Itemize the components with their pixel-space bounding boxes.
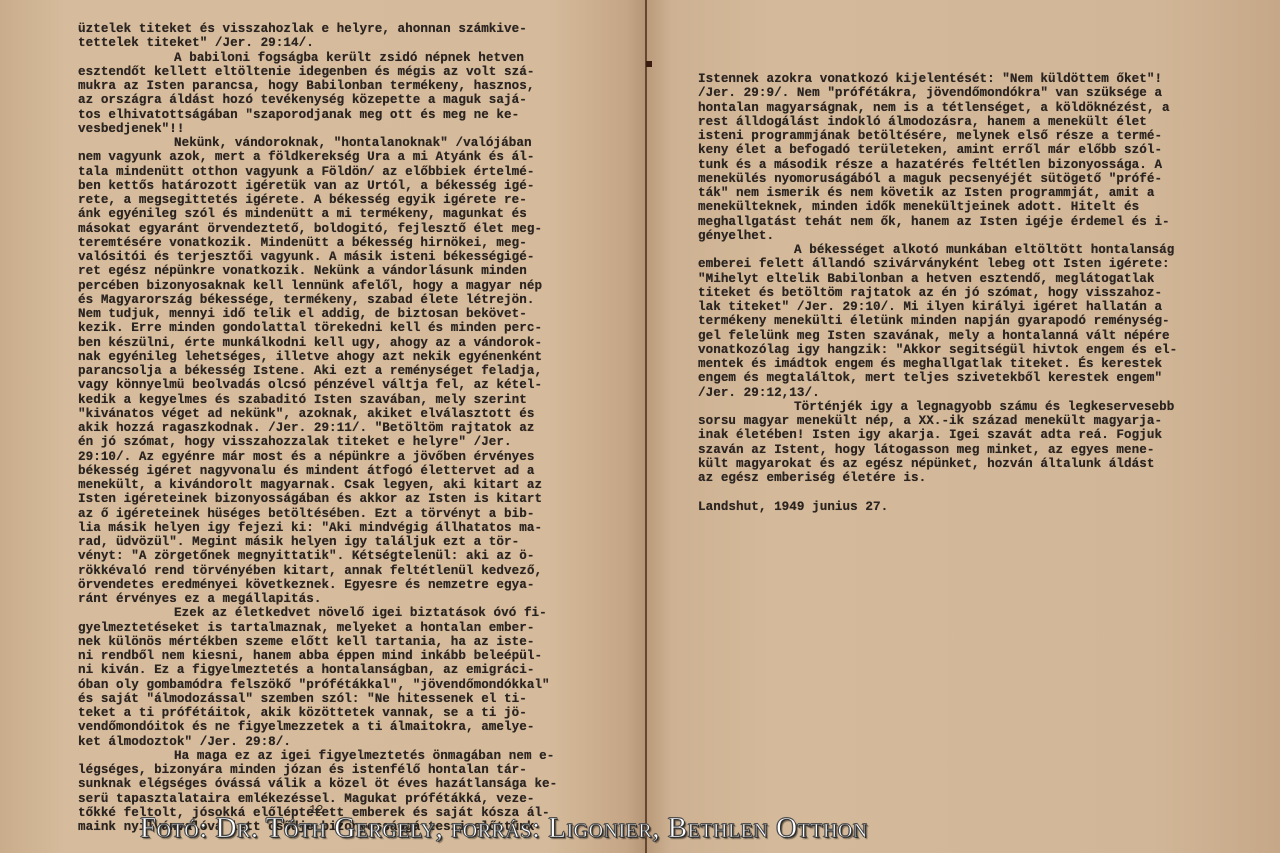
text-line: ben kettős határozott igéretük van az Ur… — [78, 179, 578, 193]
text-line: rökkévaló rend törvényében kitart, annak… — [78, 564, 578, 578]
text-line: 29:10/. Az egyénre már most és a népünkr… — [78, 450, 578, 464]
text-line: ket álmodoztok" /Jer. 29:8/. — [78, 735, 578, 749]
text-line: ánk egyénileg szól és mindenütt a mi ter… — [78, 207, 578, 221]
text-line: mukra az Isten parancsa, hogy Babilonban… — [78, 79, 578, 93]
text-line: szaván az Istent, hogy látogasson meg mi… — [698, 443, 1206, 457]
text-line: titeket és betöltöm rajtatok az én jó sz… — [698, 286, 1206, 300]
text-line: örvendetes eredményei következnek. Egyes… — [78, 578, 578, 592]
text-line: Ezek az életkedvet növelő igei biztatáso… — [78, 606, 578, 620]
text-line: menekülteknek, minden idők menekültjeine… — [698, 200, 1206, 214]
text-line: vagy könnyelmü beolvadás olcsó pénzével … — [78, 378, 578, 392]
text-line: Ha maga ez az igei figyelmeztetés önmagá… — [78, 749, 578, 763]
text-line: Nekünk, vándoroknak, "hontalanoknak" /va… — [78, 136, 578, 150]
text-line: lia másik helyen igy fejezi ki: "Aki min… — [78, 521, 578, 535]
text-line: mentek és imádtok engem és meghallgatlak… — [698, 357, 1206, 371]
right-page-text: Istennek azokra vonatkozó kijelentését: … — [698, 72, 1206, 514]
text-line: akik hozzá ragaszkodnak. /Jer. 29:11/. "… — [78, 421, 578, 435]
text-line: ni kiván. Ez a figyelmeztetés a hontalan… — [78, 663, 578, 677]
signature-line: Landshut, 1949 junius 27. — [698, 500, 1206, 514]
text-line: ták" nem ismerik és nem követik az Isten… — [698, 186, 1206, 200]
text-line: óban oly gombamódra felszökő "prófétákka… — [78, 678, 578, 692]
binding-staple-mark — [646, 61, 652, 67]
text-line: tettelek titeket" /Jer. 29:14/. — [78, 36, 578, 50]
book-spread: üztelek titeket és visszahozlak e helyre… — [0, 0, 1280, 853]
text-line: vényt: "A zörgetőnek megnyittatik". Kéts… — [78, 549, 578, 563]
text-line: teket a ti prófétáitok, akik közöttetek … — [78, 706, 578, 720]
text-line: "kivánatos véget ad nekünk", azoknak, ak… — [78, 407, 578, 421]
text-line: kedik a kegyelmes és szabaditó Isten sza… — [78, 393, 578, 407]
text-line: teremtésére vonatkozik. Mindenütt a béke… — [78, 236, 578, 250]
text-line: nem vagyunk azok, mert a földkerekség Ur… — [78, 150, 578, 164]
left-page-text: üztelek titeket és visszahozlak e helyre… — [78, 22, 578, 834]
text-line: tala mindenütt otthon vagyunk a Földön/ … — [78, 165, 578, 179]
text-line: sunknak elégséges óvássá válik a közel ö… — [78, 777, 578, 791]
text-line: percében bizonyosaknak kell lennünk afel… — [78, 279, 578, 293]
text-line: nak egyénileg lehetséges, illetve ahogy … — [78, 350, 578, 364]
text-line: másokat egyaránt örvendeztető, boldogitó… — [78, 222, 578, 236]
text-line: meghallgatást tehát nem ők, hanem az Ist… — [698, 215, 1206, 229]
text-line: békesség igéret nagyvonalu és mindent át… — [78, 464, 578, 478]
text-line: engem és megtaláltok, mert teljes szivet… — [698, 371, 1206, 385]
text-line: az egész emberiség életére is. — [698, 471, 1206, 485]
text-line: gyelmeztetéseket is tartalmaznak, melyek… — [78, 621, 578, 635]
text-line: Történjék igy a legnagyobb számu és legk… — [698, 400, 1206, 414]
text-line: "Mihelyt eltelik Babilonban a hetven esz… — [698, 272, 1206, 286]
text-line: /Jer. 29:9/. Nem "prófétákra, jövendőmon… — [698, 86, 1206, 100]
text-line: Isten igéreteinek bizonyosságában és akk… — [78, 492, 578, 506]
text-line: kezik. Erre minden gondolattal törekedni… — [78, 321, 578, 335]
text-line: keny élet a befogadó területeken, amint … — [698, 143, 1206, 157]
text-line: emberei felett állandó szivárványként le… — [698, 257, 1206, 271]
text-line: üztelek titeket és visszahozlak e helyre… — [78, 22, 578, 36]
text-line: ben készülni, érte munkálkodni kell ugy,… — [78, 336, 578, 350]
text-line: A babiloni fogságba került zsidó népnek … — [78, 51, 578, 65]
text-line: rad, üdvözül". Megint másik helyen igy t… — [78, 535, 578, 549]
text-line: ret egész népünkre vonatkozik. Nekünk a … — [78, 264, 578, 278]
text-line: hontalan magyarságnak, nem is a tétlensé… — [698, 101, 1206, 115]
text-line: vendőmondóitok és ne figyelmezzetek a ti… — [78, 720, 578, 734]
text-line: lak titeket" /Jer. 29:10/. Mi ilyen kirá… — [698, 300, 1206, 314]
text-line: nek különös mértékben szeme előtt kell t… — [78, 635, 578, 649]
text-line: isteni programmjának betöltésére, melyne… — [698, 129, 1206, 143]
text-line: Nem tudjuk, mennyi idő telik el addig, d… — [78, 307, 578, 321]
photo-credit-caption: Fotó: Dr. Tóth Gergely, forrás: Ligonier… — [140, 812, 1250, 845]
text-line: termékeny menekülti életünk minden napjá… — [698, 314, 1206, 328]
text-line: /Jer. 29:12,13/. — [698, 386, 1206, 400]
text-line: ránt érvényes ez a megállapitás. — [78, 592, 578, 606]
text-line: vonatkozólag igy hangzik: "Akkor segitsé… — [698, 343, 1206, 357]
text-line: parancsolja a békesség Istene. Aki ezt a… — [78, 364, 578, 378]
text-line: esztendőt kellett eltöltenie idegenben é… — [78, 65, 578, 79]
text-line: vesbedjenek"!! — [78, 122, 578, 136]
text-line: én jó szómat, hogy visszahozzalak titeke… — [78, 435, 578, 449]
text-line: valósitói és terjesztői vagyunk. A másik… — [78, 250, 578, 264]
text-line: menekült, a kivándorolt magyarnak. Csak … — [78, 478, 578, 492]
text-line: az országra áldást hozó tevékenység köze… — [78, 93, 578, 107]
text-line: ni rendből nem kiesni, hanem abba éppen … — [78, 649, 578, 663]
text-line: légséges, bizonyára minden józan és iste… — [78, 763, 578, 777]
text-line: és saját "álmodozással" szemben szól: "N… — [78, 692, 578, 706]
text-line: rest álldogálást indokló álmodozásra, ha… — [698, 115, 1206, 129]
text-line: inak életében! Isten igy akarja. Igei sz… — [698, 428, 1206, 442]
book-gutter — [645, 0, 647, 853]
text-line: gel felelünk meg Isten szavának, mely a … — [698, 329, 1206, 343]
text-line: az ő igéreteinek hüséges betöltésében. E… — [78, 507, 578, 521]
text-line: tos elhivatottságában "szaporodjanak meg… — [78, 108, 578, 122]
text-line: sorsu magyar menekült nép, a XX.-ik száz… — [698, 414, 1206, 428]
text-line: rete, a megsegittetés igérete. A békessé… — [78, 193, 578, 207]
text-line: tunk és a második része a hazatérés felt… — [698, 158, 1206, 172]
text-line: A békességet alkotó munkában eltöltött h… — [698, 243, 1206, 257]
text-line: menekülés nyomoruságából a maguk pecseny… — [698, 172, 1206, 186]
text-line: Istennek azokra vonatkozó kijelentését: … — [698, 72, 1206, 86]
text-line: gényelhet. — [698, 229, 1206, 243]
text-line: kült magyarokat és az egész népünket, ho… — [698, 457, 1206, 471]
blank-line — [698, 485, 1206, 499]
text-line: és Magyarország békessége, termékeny, sz… — [78, 293, 578, 307]
text-line: serü tapasztalataira emlékezéssel. Maguk… — [78, 792, 578, 806]
